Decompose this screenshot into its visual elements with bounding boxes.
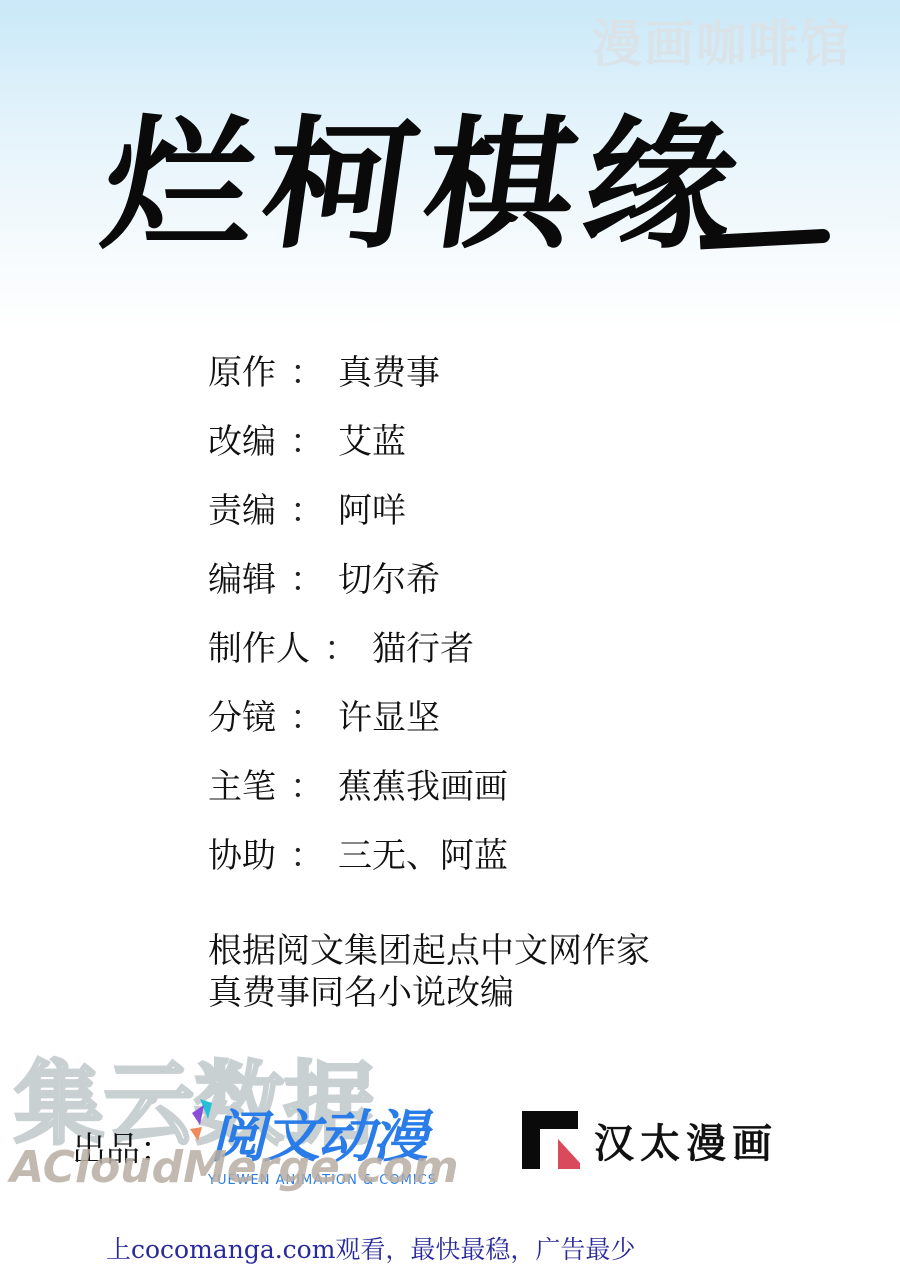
credit-row-lead-artist: 主笔 ： 蕉蕉我画画	[208, 752, 508, 821]
credit-row-adaptation: 改编 ： 艾蓝	[208, 407, 508, 476]
credit-role: 协助	[208, 834, 276, 878]
hantai-logo: 汉太漫画	[522, 1110, 778, 1170]
credit-row-responsible-editor: 责编 ： 阿咩	[208, 476, 508, 545]
hantai-name: 汉太漫画	[594, 1112, 778, 1169]
credit-name: 真费事	[338, 351, 440, 395]
source-note-line-1: 根据阅文集团起点中文网作家	[208, 930, 650, 972]
hantai-mark-icon	[522, 1111, 580, 1169]
credit-name: 许显坚	[338, 696, 440, 740]
credit-name: 猫行者	[372, 627, 474, 671]
credit-row-producer: 制作人 ： 猫行者	[208, 614, 508, 683]
credit-separator: ：	[290, 351, 324, 395]
credit-name: 蕉蕉我画画	[338, 765, 508, 809]
credit-name: 三无、阿蓝	[338, 834, 508, 878]
credit-name: 艾蓝	[338, 420, 406, 464]
watermark-top: 漫画咖啡馆	[592, 14, 852, 74]
credit-separator: ：	[290, 834, 324, 878]
credit-role: 制作人	[208, 627, 310, 671]
credit-row-storyboard: 分镜 ： 许显坚	[208, 683, 508, 752]
credit-row-assistants: 协助 ： 三无、阿蓝	[208, 821, 508, 890]
credit-separator: ：	[290, 558, 324, 602]
credit-name: 切尔希	[338, 558, 440, 602]
source-note-line-2: 真费事同名小说改编	[208, 972, 650, 1014]
credit-row-original-author: 原作 ： 真费事	[208, 338, 508, 407]
credit-role: 责编	[208, 489, 276, 533]
credit-role: 编辑	[208, 558, 276, 602]
credit-separator: ：	[324, 627, 358, 671]
title-text: 烂柯棋缘	[93, 100, 757, 271]
source-note: 根据阅文集团起点中文网作家 真费事同名小说改编	[208, 930, 650, 1014]
credit-role: 分镜	[208, 696, 276, 740]
credits-list: 原作 ： 真费事 改编 ： 艾蓝 责编 ： 阿咩 编辑 ： 切尔希 制作人 ： …	[208, 338, 508, 890]
yuewen-mark-icon	[190, 1099, 212, 1145]
credit-role: 改编	[208, 420, 276, 464]
credit-separator: ：	[290, 765, 324, 809]
credit-separator: ：	[290, 696, 324, 740]
credit-row-editor: 编辑 ： 切尔希	[208, 545, 508, 614]
footer-ad-text: 上cocomanga.com观看，最快最稳，广告最少	[106, 1232, 635, 1268]
credit-separator: ：	[290, 420, 324, 464]
credit-name: 阿咩	[338, 489, 406, 533]
credit-separator: ：	[290, 489, 324, 533]
credit-role: 主笔	[208, 765, 276, 809]
watermark-acloudmerge: ACloudMerge.com	[10, 1143, 459, 1193]
credit-role: 原作	[208, 351, 276, 395]
